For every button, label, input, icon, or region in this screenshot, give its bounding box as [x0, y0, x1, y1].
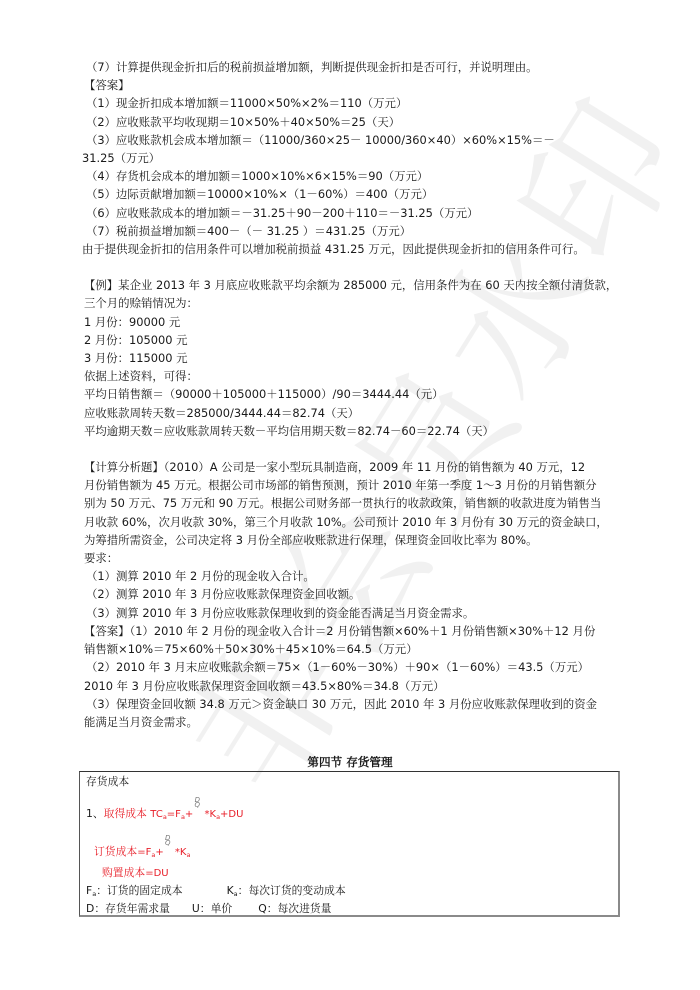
derive-label: 依据上述资料，可得： — [84, 367, 640, 385]
fraction-d-over-q: DQ — [193, 798, 201, 808]
answer-line: （2）应收账款平均收现期＝10×50%＋40×50%＝25（天） — [84, 113, 640, 131]
problem-answer-line: 能满足当月资金需求。 — [84, 713, 640, 731]
def-u: U：单价 — [192, 902, 232, 915]
conclusion: 由于提供现金折扣的信用条件可以增加税前损益 431.25 万元，因此提供现金折扣… — [82, 240, 640, 258]
problem-answer-line: （2）2010 年 3 月末应收账款余额＝75×（1－60%－30%）＋90×（… — [84, 658, 640, 676]
section-title: 第四节 存货管理 — [0, 754, 700, 770]
purchase-cost-line: 购置成本=DU — [102, 865, 169, 880]
requirement-item: （1）测算 2010 年 2 月份的现金收入合计。 — [84, 567, 640, 585]
spacer — [84, 258, 640, 276]
def-q: Q：每次进货量 — [258, 902, 331, 915]
answer-line: （5）边际贡献增加额＝10000×10%×（1－60%）＝400（万元） — [84, 185, 640, 203]
ordering-cost-line: 订货成本=Fa+DQ *Ka — [94, 844, 190, 859]
purchase-cost-label: 购置成本 — [102, 866, 145, 879]
problem-answer-line: 销售额×10%＝75×60%＋50×30%＋45×10%＝64.5（万元） — [84, 640, 640, 658]
example-intro: 【例】某企业 2013 年 3 月底应收账款平均余额为 285000 元，信用条… — [84, 276, 640, 294]
problem-answer-line: （3）保理资金回收额 34.8 万元＞资金缺口 30 万元，因此 2010 年 … — [84, 695, 640, 713]
definitions-row-2: D：存货年需求量U：单价Q：每次进货量 — [86, 901, 331, 916]
result-line: 应收账款周转天数＝285000/3444.44＝82.74（天） — [84, 404, 640, 422]
document-page: 非会员水印 （7）计算提供现金折扣后的税前损益增加额，判断提供现金折扣是否可行，… — [0, 0, 700, 990]
question-7: （7）计算提供现金折扣后的税前损益增加额，判断提供现金折扣是否可行，并说明理由。 — [84, 58, 640, 76]
problem-answer-line: 2010 年 3 月份应收账款保理资金回收额＝43.5×80%＝34.8（万元） — [84, 677, 640, 695]
def-d: D：存货年需求量 — [86, 902, 170, 915]
def-fa: Fa：订货的固定成本 — [86, 884, 183, 897]
answer-line: （3）应收账款机会成本增加额＝（11000/360×25－ 10000/360×… — [84, 131, 640, 149]
problem-line: 月份销售额为 45 万元。根据公司市场部的销售预测，预计 2010 年第一季度 … — [84, 476, 640, 494]
problem-line: 为筹措所需资金，公司决定将 3 月份全部应收账款进行保理，保理资金回收比率为 8… — [84, 531, 640, 549]
answer-line: （1）现金折扣成本增加额＝11000×50%×2%＝110（万元） — [84, 94, 640, 112]
problem-line: 别为 50 万元、75 万元和 90 万元。根据公司财务部一贯执行的收款政策，销… — [84, 494, 640, 512]
requirements-label: 要求： — [84, 549, 640, 567]
fraction-d-over-q: DQ — [164, 836, 172, 846]
def-ka: Ka：每次订货的变动成本 — [227, 884, 346, 897]
spacer — [84, 440, 640, 458]
ordering-cost-label: 订货成本 — [94, 845, 137, 858]
problem-line: 【计算分析题】（2010）A 公司是一家小型玩具制造商，2009 年 11 月份… — [84, 458, 640, 476]
month-sales: 2 月份：105000 元 — [84, 331, 640, 349]
problem-answer-line: 【答案】（1）2010 年 2 月份的现金收入合计＝2 月份销售额×60%＋1 … — [84, 622, 640, 640]
document-body: （7）计算提供现金折扣后的税前损益增加额，判断提供现金折扣是否可行，并说明理由。… — [84, 58, 640, 731]
answer-line: （7）税前损益增加额＝400－（－ 31.25 ）＝431.25（万元） — [84, 222, 640, 240]
requirement-item: （3）测算 2010 年 3 月份应收账款保理收到的资金能否满足当月资金需求。 — [84, 604, 640, 622]
result-line: 平均逾期天数＝应收账款周转天数－平均信用期天数＝82.74－60＝22.74（天… — [84, 422, 640, 440]
acquisition-cost-line: 1、取得成本 TCa=Fa+DQ *Ka+DU — [86, 806, 243, 821]
answer-label: 【答案】 — [84, 76, 640, 94]
answer-line: 31.25（万元） — [82, 149, 640, 167]
purchase-cost-formula: =DU — [145, 868, 168, 879]
inventory-cost-box: 存货成本 1、取得成本 TCa=Fa+DQ *Ka+DU 订货成本=Fa+DQ … — [79, 771, 620, 917]
box-heading: 存货成本 — [86, 774, 129, 789]
item-number: 1、 — [86, 807, 104, 820]
definitions-row-1: Fa：订货的固定成本Ka：每次订货的变动成本 — [86, 883, 346, 898]
month-sales: 3 月份：115000 元 — [84, 349, 640, 367]
example-intro: 三个月的赊销情况为： — [84, 294, 640, 312]
month-sales: 1 月份：90000 元 — [84, 313, 640, 331]
result-line: 平均日销售额＝（90000＋105000＋115000）/90＝3444.44（… — [84, 385, 640, 403]
problem-line: 月收款 60%，次月收款 30%，第三个月收款 10%。公司预计 2010 年 … — [84, 513, 640, 531]
ordering-cost-formula: =Fa+DQ *Ka — [137, 847, 190, 858]
acquisition-cost-label: 取得成本 — [104, 807, 147, 820]
acquisition-cost-formula: TCa=Fa+DQ *Ka+DU — [150, 809, 243, 820]
requirement-item: （2）测算 2010 年 3 月份应收账款保理资金回收额。 — [84, 585, 640, 603]
answer-line: （6）应收账款成本的增加额＝－31.25＋90－200＋110＝－31.25（万… — [84, 204, 640, 222]
answer-line: （4）存货机会成本的增加额＝1000×10%×6×15%＝90（万元） — [84, 167, 640, 185]
